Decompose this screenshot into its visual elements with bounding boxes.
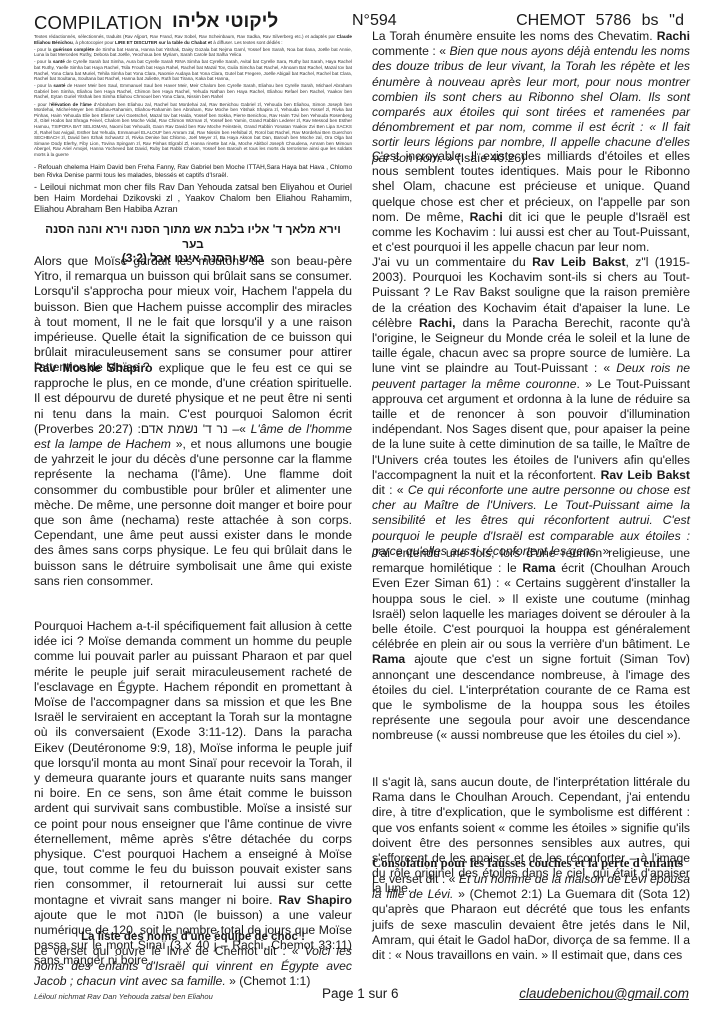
verse-line-1: וירא מלאך ד' אליו בלבת אש מתוך הסנה וירא…: [34, 222, 352, 251]
compilation-title: COMPILATION: [34, 12, 162, 34]
issue-number: N°594: [352, 12, 397, 30]
right-paragraph-4: J'ai entendu une fois, lors d'une réunio…: [372, 546, 690, 744]
preface-guerison: - pour la guérison complète de Simha bat…: [34, 47, 352, 58]
header-right: CHEMOT 5786 bs ''d: [516, 12, 684, 30]
leiloui-dedication: - Leiloui nichmat mon cher fils Rav Dan …: [34, 182, 352, 215]
bsd-mark: bs ''d: [642, 12, 684, 29]
page-number: Page 1 sur 6: [322, 986, 399, 1001]
preface-sante-1: - pour la santé de Cyrelle Sarah bat Sim…: [34, 59, 352, 81]
contact-email-link[interactable]: claudebenichou@gmail.com: [519, 986, 689, 1001]
right-paragraph-1: La Torah énumère ensuite les noms des Ch…: [372, 29, 690, 166]
right-paragraph-3: J'ai vu un commentaire du Rav Leib Bakst…: [372, 255, 690, 559]
parasha-name: CHEMOT: [516, 12, 585, 29]
preface-intro: Textes rédactionnés, sélectionnés, tradu…: [34, 34, 352, 45]
left-paragraph-1: Alors que Moïse gardait les moutons de s…: [34, 254, 352, 376]
footer-dedication: Léilouï nichmat Rav Dan Yehouda zatsal b…: [34, 992, 213, 1001]
hebrew-year: 5786: [596, 12, 632, 29]
section-heading-consolation: Consolation pour les fausses couches et …: [372, 856, 690, 871]
right-paragraph-2: C'est incroyable. Il existe des milliard…: [372, 149, 690, 255]
right-paragraph-6: Le verset dit : « Et un homme de la mais…: [372, 872, 690, 963]
preface-sante-2: - pour la santé de Haver Meir ben Saul, …: [34, 83, 352, 100]
preface-elevation: - pour l'élévation de l'âme d'Abraham be…: [34, 102, 352, 158]
left-paragraph-2: Rav Moshe Shapiro explique que le feu es…: [34, 361, 352, 589]
left-paragraph-3: Pourquoi Hachem a-t-il spécifiquement fa…: [34, 619, 352, 969]
section-heading-names: La liste des noms d'une équipe de choc !: [34, 931, 352, 943]
left-paragraph-4: Le verset qui ouvre le livre de Chemot d…: [34, 944, 352, 990]
preface-dedications: Textes rédactionnés, sélectionnés, tradu…: [34, 34, 352, 159]
hebrew-title: ליקוטי אליהו: [172, 11, 278, 33]
dedications: - Refouah chelema Haim David ben Freha F…: [34, 164, 352, 215]
refouah-dedication: - Refouah chelema Haim David ben Freha F…: [34, 164, 352, 180]
